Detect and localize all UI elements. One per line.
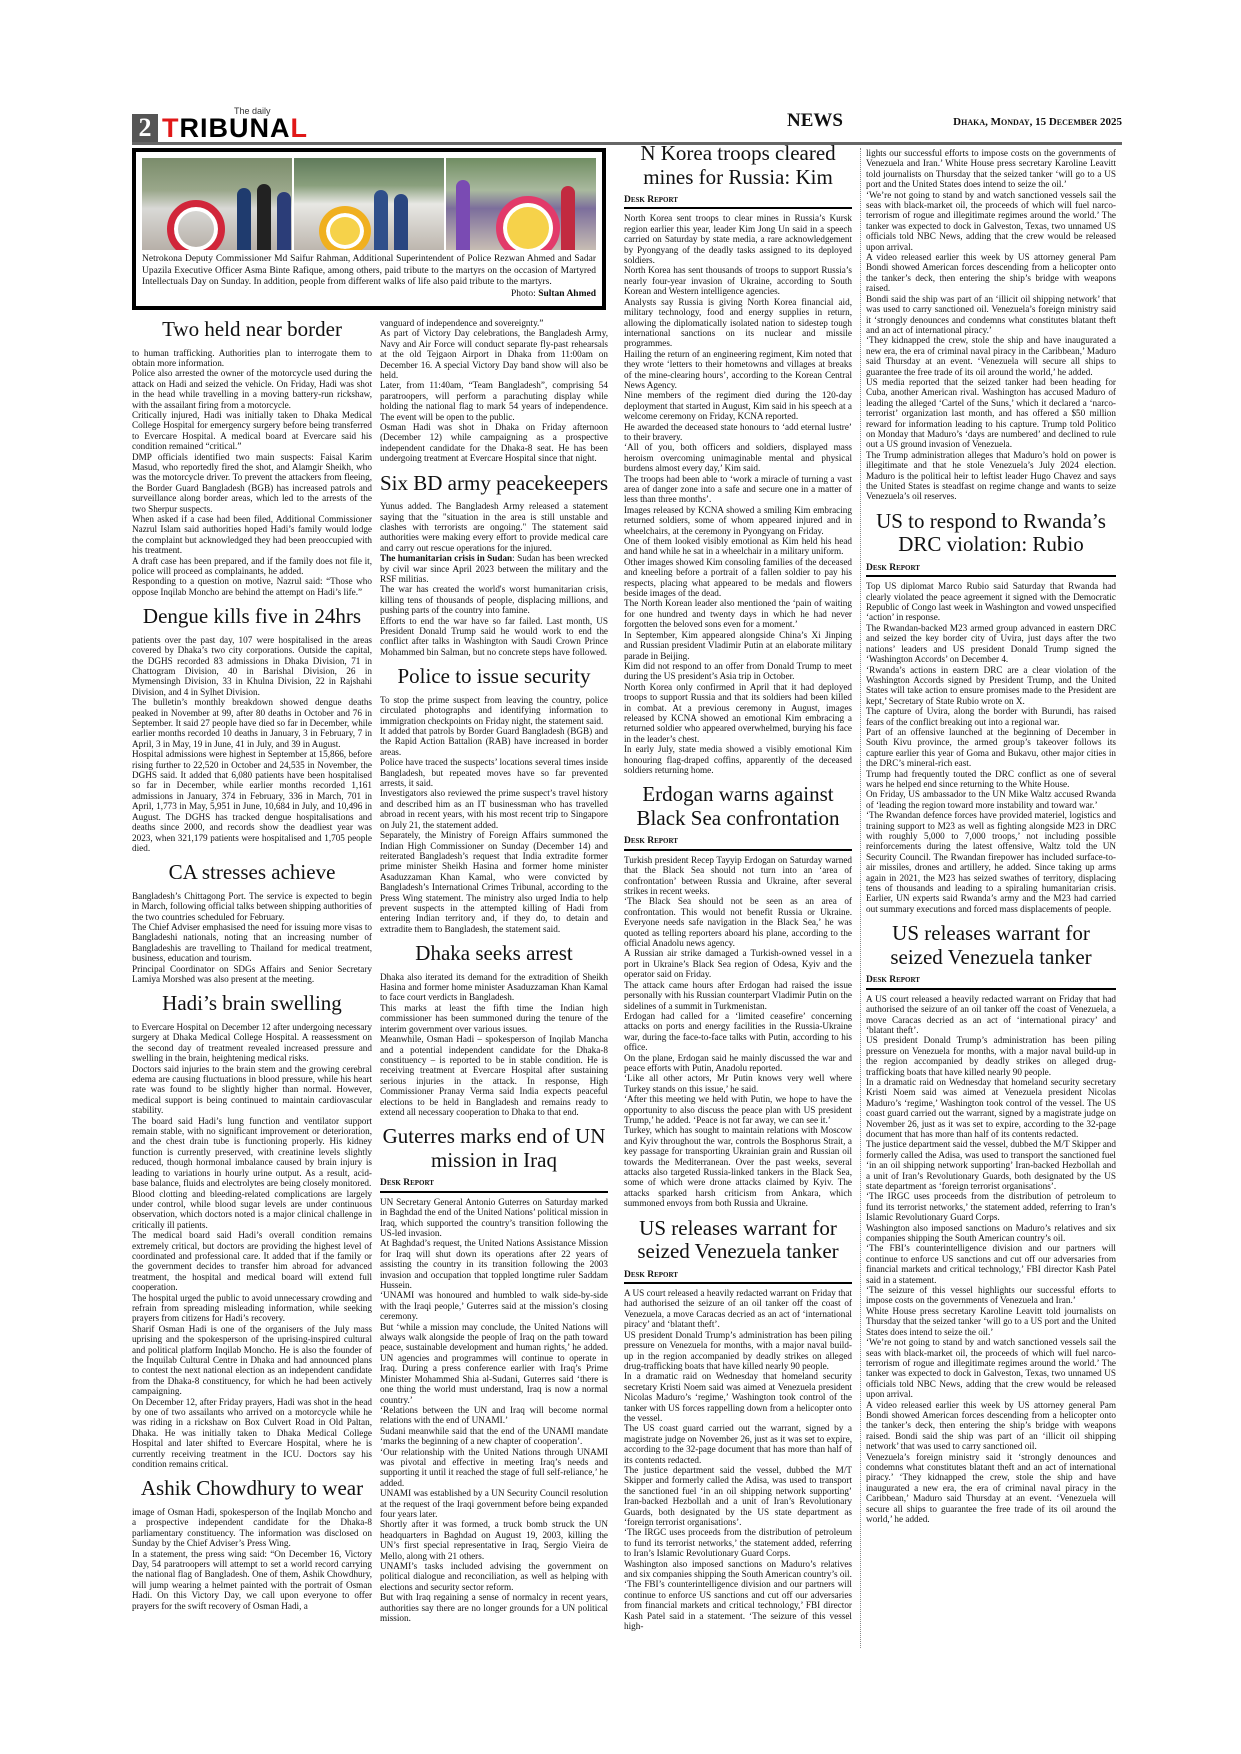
section-title: NEWS [787, 110, 843, 132]
paragraph: But with Iraq regaining a sense of norma… [380, 1592, 608, 1623]
paragraph: ‘Our relationship with the United Nation… [380, 1447, 608, 1489]
paragraph: The hospital urged the public to avoid u… [132, 1293, 372, 1324]
paragraph: Part of an offensive launched at the beg… [866, 727, 1116, 769]
byline: Desk Report [624, 836, 852, 850]
article-erdogan-black-sea: Erdogan warns against Black Sea confront… [624, 783, 852, 1208]
paragraph: But ‘while a mission may conclude, the U… [380, 1322, 608, 1405]
paragraph: Washington also imposed sanctions on Mad… [866, 1223, 1116, 1244]
article-six-bd-army-peacekeepers: Six BD army peacekeepers Yunus added. Th… [380, 472, 608, 658]
newspaper-logo: The daily TRIBUNAL [162, 112, 308, 144]
paragraph: Venezuela’s foreign ministry said it ‘st… [866, 1452, 1116, 1525]
paragraph: Meanwhile, Osman Hadi – spokesperson of … [380, 1034, 608, 1117]
article-n-korea-troops-mines: N Korea troops cleared mines for Russia:… [624, 142, 852, 775]
paragraph: White House press secretary Karoline Lea… [866, 1306, 1116, 1337]
article-guterres-un-mission-iraq: Guterres marks end of UN mission in Iraq… [380, 1125, 608, 1623]
paragraph: The attack came hours after Erdogan had … [624, 980, 852, 1011]
paragraph: Turkey, which has sought to maintain rel… [624, 1125, 852, 1208]
paragraph: Efforts to end the war have so far faile… [380, 616, 608, 658]
paragraph: patients over the past day, 107 were hos… [132, 635, 372, 697]
photo-credit: Photo: Sultan Ahmed [511, 289, 596, 301]
paragraph: The North Korean leader also mentioned t… [624, 598, 852, 629]
paragraph: It added that patrols by Border Guard Ba… [380, 726, 608, 757]
paragraph: In early July, state media showed a visi… [624, 744, 852, 775]
paragraph: When asked if a case had been filed, Add… [132, 514, 372, 556]
headline: Erdogan warns against Black Sea confront… [624, 783, 852, 830]
paragraph: In a dramatic raid on Wednesday that hom… [624, 1371, 852, 1423]
byline: Desk Report [380, 1178, 608, 1192]
paragraph: One of them looked visibly emotional as … [624, 536, 852, 557]
paragraph: In September, Kim appeared alongside Chi… [624, 630, 852, 661]
article-us-warrant-venezuela-tanker: US releases warrant for seized Venezuela… [624, 1217, 852, 1632]
headline: Dengue kills five in 24hrs [132, 605, 372, 629]
logo-tagline: The daily [234, 106, 271, 116]
paragraph: As part of Victory Day celebrations, the… [380, 328, 608, 380]
paragraph: ‘The Rwandan defence forces have provide… [866, 810, 1116, 914]
paragraph: US media reported that the seized tanker… [866, 377, 1116, 450]
photo-caption: Netrokona Deputy Commissioner Md Saifur … [142, 254, 596, 289]
paragraph: On the plane, Erdogan said he mainly dis… [624, 1053, 852, 1074]
paragraph: Other images showed Kim consoling famili… [624, 557, 852, 599]
headline: Hadi’s brain swelling [132, 992, 372, 1016]
paragraph: Nine members of the regiment died during… [624, 390, 852, 421]
article-two-held-near-border: Two held near border to human traffickin… [132, 318, 372, 597]
headline: CA stresses achieve [132, 861, 372, 885]
paragraph: On December 12, after Friday prayers, Ha… [132, 1397, 372, 1470]
paragraph: ‘The FBI’s counterintelligence division … [624, 1579, 852, 1631]
paragraph: A US court released a heavily redacted w… [866, 994, 1116, 1036]
photo-panel [294, 158, 444, 250]
paragraph: A video released earlier this week by US… [866, 1400, 1116, 1452]
paragraph: Shortly after it was formed, a truck bom… [380, 1519, 608, 1561]
headline: Ashik Chowdhury to wear [132, 1477, 372, 1501]
paragraph: Later, from 11:40am, “Team Bangladesh”, … [380, 380, 608, 422]
paragraph: ‘The IRGC uses proceeds from the distrib… [624, 1527, 852, 1558]
paragraph: Kim did not respond to an offer from Don… [624, 661, 852, 682]
paragraph: In a statement, the press wing said: “On… [132, 1549, 372, 1611]
article-police-to-issue-security: Police to issue security To stop the pri… [380, 665, 608, 934]
paragraph: Top US diplomat Marco Rubio said Saturda… [866, 581, 1116, 623]
photo-panel [446, 158, 596, 250]
paragraph: Investigators also reviewed the prime su… [380, 788, 608, 830]
paragraph: The capture of Uvira, along the border w… [866, 706, 1116, 727]
paragraph: ‘Rwanda’s actions in eastern DRC are a c… [866, 665, 1116, 707]
paragraph: lights our successful efforts to impose … [866, 148, 1116, 190]
news-photo [142, 158, 596, 250]
paragraph: On Friday, US ambassador to the UN Mike … [866, 789, 1116, 810]
paragraph: A US court released a heavily redacted w… [624, 1288, 852, 1330]
paragraph: DMP officials identified two main suspec… [132, 452, 372, 514]
paragraph: The justice department said the vessel, … [866, 1139, 1116, 1191]
headline: Two held near border [132, 318, 372, 342]
headline: Guterres marks end of UN mission in Iraq [380, 1125, 608, 1172]
headline: Police to issue security [380, 665, 608, 689]
paragraph: ‘After this meeting we held with Putin, … [624, 1094, 852, 1125]
paragraph: Blood clotting and bleeding-related comp… [132, 1189, 372, 1231]
paragraph: Images released by KCNA showed a smiling… [624, 505, 852, 536]
column-3: N Korea troops cleared mines for Russia:… [624, 140, 852, 1631]
paragraph: Osman Hadi was shot in Dhaka on Friday a… [380, 422, 608, 464]
article-hadis-brain-swelling: Hadi’s brain swelling to Evercare Hospit… [132, 992, 372, 1469]
paragraph: A draft case has been prepared, and if t… [132, 556, 372, 577]
paragraph: Sudani meanwhile said that the end of th… [380, 1426, 608, 1447]
paragraph: ‘The seizure of this vessel highlights o… [866, 1285, 1116, 1306]
headline: Dhaka seeks arrest [380, 942, 608, 966]
byline: Desk Report [624, 1270, 852, 1284]
paragraph: to human trafficking. Authorities plan t… [132, 348, 372, 369]
paragraph: The troops had been able to ‘work a mira… [624, 474, 852, 505]
headline: US to respond to Rwanda’s DRC violation:… [866, 510, 1116, 557]
paragraph: A Russian air strike damaged a Turkish-o… [624, 948, 852, 979]
paragraph: The medical board said Hadi’s overall co… [132, 1230, 372, 1292]
paragraph: image of Osman Hadi, spokesperson of the… [132, 1507, 372, 1549]
article-ashik-chowdhury: Ashik Chowdhury to wear image of Osman H… [132, 1477, 372, 1611]
paragraph: Hailing the return of an engineering reg… [624, 349, 852, 391]
paragraph: ‘We’re not going to stand by and watch s… [866, 190, 1116, 252]
paragraph: ‘They kidnapped the crew, stole the ship… [866, 335, 1116, 377]
paragraph: The Chief Adviser emphasised the need fo… [132, 922, 372, 964]
paragraph: ‘UNAMI was honoured and humbled to walk … [380, 1290, 608, 1321]
column-4: lights our successful efforts to impose … [866, 148, 1116, 1524]
paragraph: ‘Like all other actors, Mr Putin knows v… [624, 1073, 852, 1094]
paragraph: Washington also imposed sanctions on Mad… [624, 1559, 852, 1580]
paragraph: The US coast guard carried out the warra… [624, 1423, 852, 1465]
paragraph: Police have traced the suspects’ locatio… [380, 757, 608, 788]
article-continuation-venezuela: lights our successful efforts to impose … [866, 148, 1116, 502]
paragraph: Trump had frequently touted the DRC conf… [866, 769, 1116, 790]
column-divider [860, 148, 861, 1648]
paragraph: Bondi said the ship was part of an ‘illi… [866, 294, 1116, 336]
page-number: 2 [132, 114, 158, 142]
paragraph: Dhaka also iterated its demand for the e… [380, 972, 608, 1003]
paragraph: The Trump administration alleges that Ma… [866, 450, 1116, 502]
paragraph: Bangladesh’s Chittagong Port. The servic… [132, 891, 372, 922]
paragraph: At Baghdad’s request, the United Nations… [380, 1238, 608, 1290]
paragraph: US president Donald Trump’s administrati… [866, 1035, 1116, 1077]
paragraph: Responding to a question on motive, Nazr… [132, 576, 372, 597]
byline: Desk Report [866, 563, 1116, 577]
paragraph: vanguard of independence and sovereignty… [380, 318, 608, 328]
paragraph: Separately, the Ministry of Foreign Affa… [380, 830, 608, 934]
paragraph: He awarded the deceased state honours to… [624, 422, 852, 443]
paragraph: The board said Hadi’s lung function and … [132, 1116, 372, 1189]
dateline: Dhaka, Monday, 15 December 2025 [953, 116, 1122, 128]
headline: US releases warrant for seized Venezuela… [624, 1217, 852, 1264]
article-dhaka-seeks-arrest: Dhaka seeks arrest Dhaka also iterated i… [380, 942, 608, 1117]
paragraph: The justice department said the vessel, … [624, 1465, 852, 1527]
paragraph: Critically injured, Hadi was initially t… [132, 410, 372, 452]
paragraph: UNAMI’s tasks included advising the gove… [380, 1561, 608, 1592]
paragraph: ‘The Black Sea should not be seen as an … [624, 896, 852, 948]
paragraph: The war has created the world's worst hu… [380, 584, 608, 615]
paragraph: ‘The IRGC uses proceeds from the distrib… [866, 1191, 1116, 1222]
paragraph: US president Donald Trump’s administrati… [624, 1330, 852, 1372]
paragraph: North Korea has sent thousands of troops… [624, 265, 852, 296]
paragraph: ‘All of you, both officers and soldiers,… [624, 442, 852, 473]
photo-feature: Netrokona Deputy Commissioner Md Saifur … [132, 148, 606, 310]
paragraph: The bulletin’s monthly breakdown showed … [132, 697, 372, 749]
headline: Six BD army peacekeepers [380, 472, 608, 496]
paragraph: The Rwandan-backed M23 armed group advan… [866, 623, 1116, 665]
paragraph: UN Secretary General Antonio Guterres on… [380, 1197, 608, 1239]
paragraph: ‘The FBI’s counterintelligence division … [866, 1243, 1116, 1285]
headline: US releases warrant for seized Venezuela… [866, 922, 1116, 969]
column-2: vanguard of independence and sovereignty… [380, 318, 608, 1623]
photo-panel [142, 158, 292, 250]
paragraph: Analysts say Russia is giving North Kore… [624, 297, 852, 349]
paragraph: Doctors said injuries to the brain stem … [132, 1064, 372, 1116]
article-ca-stresses-achieve: CA stresses achieve Bangladesh’s Chittag… [132, 861, 372, 984]
byline: Desk Report [624, 195, 852, 209]
paragraph: to Evercare Hospital on December 12 afte… [132, 1022, 372, 1064]
paragraph: ‘We’re not going to stand by and watch s… [866, 1337, 1116, 1399]
paragraph: Principal Coordinator on SDGs Affairs an… [132, 964, 372, 985]
paragraph: North Korea only confirmed in April that… [624, 682, 852, 744]
headline: N Korea troops cleared mines for Russia:… [624, 142, 852, 189]
paragraph: Erdogan had called for a ‘limited ceasef… [624, 1011, 852, 1053]
paragraph: Turkish president Recep Tayyip Erdogan o… [624, 855, 852, 897]
paragraph: This marks at least the fifth time the I… [380, 1003, 608, 1034]
article-us-warrant-venezuela-tanker-2: US releases warrant for seized Venezuela… [866, 922, 1116, 1524]
paragraph: North Korea sent troops to clear mines i… [624, 213, 852, 265]
paragraph: ‘Relations between the UN and Iraq will … [380, 1405, 608, 1426]
paragraph: In a dramatic raid on Wednesday that hom… [866, 1077, 1116, 1139]
paragraph: Sharif Osman Hadi is one of the organise… [132, 1324, 372, 1397]
column-1: Two held near border to human traffickin… [132, 318, 372, 1611]
paragraph: Police also arrested the owner of the mo… [132, 368, 372, 410]
paragraph: To stop the prime suspect from leaving t… [380, 695, 608, 726]
article-continuation-victory-day: vanguard of independence and sovereignty… [380, 318, 608, 464]
paragraph: Hospital admissions were highest in Sept… [132, 749, 372, 853]
article-dengue-kills-five: Dengue kills five in 24hrs patients over… [132, 605, 372, 853]
paragraph: UNAMI was established by a UN Security C… [380, 1488, 608, 1519]
byline: Desk Report [866, 975, 1116, 989]
article-us-respond-rwanda: US to respond to Rwanda’s DRC violation:… [866, 510, 1116, 914]
paragraph: A video released earlier this week by US… [866, 252, 1116, 294]
